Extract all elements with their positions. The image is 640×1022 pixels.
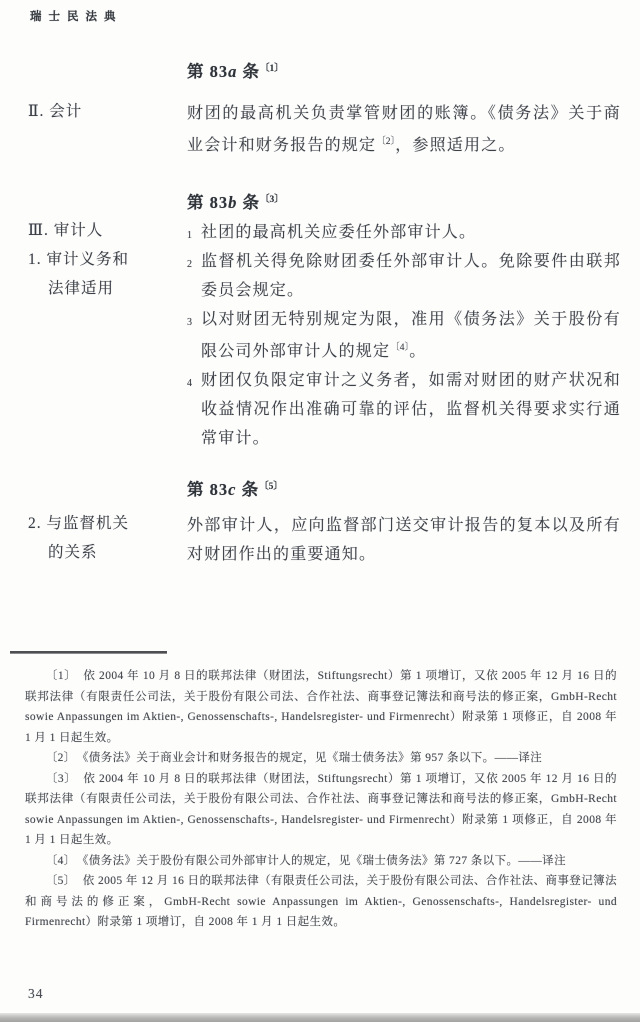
footnote-5: 〔5〕依 2005 年 12 月 16 日的联邦法律（有限责任公司法，关于股份有… <box>25 871 617 933</box>
article-83b-text-2: 监督机关得免除财团委任外部审计人。免除要件由联邦委员会规定。 <box>201 253 621 299</box>
page-number: 34 <box>28 986 44 1002</box>
article-83a-heading-prefix: 第 83 <box>187 62 228 81</box>
paragraph-number-1: 1 <box>187 221 192 250</box>
paragraph-number-2: 2 <box>187 250 192 279</box>
running-header: 瑞士民法典 <box>30 8 123 24</box>
article-83b-paragraph-3: 3以对财团无特别规定为限，准用《债务法》关于股份有限公司外部审计人的规定〔4〕。 <box>187 305 621 366</box>
side-label-audit-duty-line1: 1. 审计义务和 <box>28 247 129 269</box>
page-bottom-edge <box>0 1013 640 1022</box>
side-label-auditors: Ⅲ. 审计人 <box>28 218 103 240</box>
side-label-supervisory-line2: 的关系 <box>48 540 98 562</box>
footnote-2-text: 《债务法》关于商业会计和财务报告的规定，见《瑞士债务法》第 957 条以下。——… <box>83 752 543 764</box>
footnotes-block: 〔1〕依 2004 年 10 月 8 日的联邦法律（财团法，Stiftungsr… <box>25 666 617 933</box>
article-83a-heading: 第 83a 条〔1〕 <box>187 58 284 82</box>
article-83b-body: 1社团的最高机关应委任外部审计人。 2监督机关得免除财团委任外部审计人。免除要件… <box>187 218 621 453</box>
article-83b-heading-prefix: 第 83 <box>187 193 228 212</box>
footnote-4: 〔4〕《债务法》关于股份有限公司外部审计人的规定，见《瑞士债务法》第 727 条… <box>25 851 617 872</box>
article-83c-heading-suffix: 条 <box>236 480 259 499</box>
footnote-ref-2: 〔2〕 <box>376 137 395 147</box>
article-83b-heading: 第 83b 条〔3〕 <box>187 189 284 213</box>
article-83b-heading-suffix: 条 <box>237 193 260 212</box>
footnote-1: 〔1〕依 2004 年 10 月 8 日的联邦法律（财团法，Stiftungsr… <box>25 666 617 748</box>
article-83b-text-1: 社团的最高机关应委任外部审计人。 <box>201 224 476 241</box>
footnote-5-marker: 〔5〕 <box>46 875 76 887</box>
footnote-4-text: 《债务法》关于股份有限公司外部审计人的规定，见《瑞士债务法》第 727 条以下。… <box>83 855 566 867</box>
footnote-1-marker: 〔1〕 <box>46 670 77 682</box>
footnote-2-marker: 〔2〕 <box>46 752 76 764</box>
footnote-4-marker: 〔4〕 <box>46 855 76 867</box>
article-83b-footnote-ref: 〔3〕 <box>260 195 284 205</box>
article-83c-body: 外部审计人，应向监督部门送交审计报告的复本以及所有对财团作出的重要通知。 <box>187 511 621 569</box>
article-83a-text-2: ，参照适用之。 <box>395 137 515 154</box>
footnote-5-text: 依 2005 年 12 月 16 日的联邦法律（有限责任公司法，关于股份有限公司… <box>25 875 617 928</box>
article-83c-heading: 第 83c 条〔5〕 <box>187 476 283 500</box>
paragraph-number-4: 4 <box>187 369 192 398</box>
article-83b-text-4: 财团仅负限定审计之义务者，如需对财团的财产状况和收益情况作出准确可靠的评估，监督… <box>201 372 621 447</box>
footnote-separator <box>10 651 167 654</box>
footnote-3-text: 依 2004 年 10 月 8 日的联邦法律（财团法，Stiftungsrech… <box>25 773 617 847</box>
side-label-audit-duty-line2: 法律适用 <box>48 276 114 298</box>
article-83a-footnote-ref: 〔1〕 <box>260 64 284 74</box>
document-page: 瑞士民法典 第 83a 条〔1〕 Ⅱ. 会计 财团的最高机关负责掌管财团的账簿。… <box>0 0 640 1022</box>
article-83b-heading-letter: b <box>228 193 237 212</box>
article-83c-footnote-ref: 〔5〕 <box>259 482 283 492</box>
article-83c-heading-prefix: 第 83 <box>187 480 228 499</box>
article-83a-body: 财团的最高机关负责掌管财团的账簿。《债务法》关于商业会计和财务报告的规定〔2〕，… <box>187 99 621 160</box>
article-83a-paragraph: 财团的最高机关负责掌管财团的账簿。《债务法》关于商业会计和财务报告的规定〔2〕，… <box>187 99 621 160</box>
side-label-accounting: Ⅱ. 会计 <box>28 99 82 121</box>
article-83b-text-3b: 。 <box>409 343 426 360</box>
footnote-ref-4: 〔4〕 <box>390 343 409 353</box>
footnote-3-marker: 〔3〕 <box>46 773 77 785</box>
article-83a-heading-letter: a <box>228 62 237 81</box>
footnote-2: 〔2〕《债务法》关于商业会计和财务报告的规定，见《瑞士债务法》第 957 条以下… <box>25 748 617 769</box>
footnote-1-text: 依 2004 年 10 月 8 日的联邦法律（财团法，Stiftungsrech… <box>25 670 617 744</box>
article-83b-paragraph-1: 1社团的最高机关应委任外部审计人。 <box>187 218 621 247</box>
paragraph-number-3: 3 <box>187 308 192 337</box>
footnote-3: 〔3〕依 2004 年 10 月 8 日的联邦法律（财团法，Stiftungsr… <box>25 769 617 851</box>
side-label-supervisory-line1: 2. 与监督机关 <box>28 511 129 533</box>
article-83a-heading-suffix: 条 <box>237 62 260 81</box>
article-83b-paragraph-2: 2监督机关得免除财团委任外部审计人。免除要件由联邦委员会规定。 <box>187 247 621 305</box>
article-83b-paragraph-4: 4财团仅负限定审计之义务者，如需对财团的财产状况和收益情况作出准确可靠的评估，监… <box>187 366 621 453</box>
article-83c-paragraph: 外部审计人，应向监督部门送交审计报告的复本以及所有对财团作出的重要通知。 <box>187 511 621 569</box>
